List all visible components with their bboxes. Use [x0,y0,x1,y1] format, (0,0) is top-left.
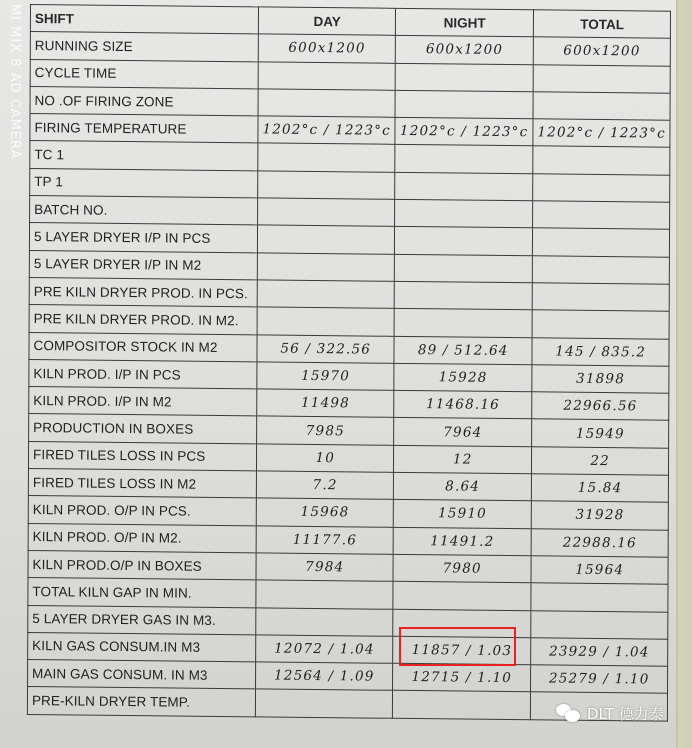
row-label: PRE KILN DRYER PROD. IN PCS. [29,277,257,307]
brand-watermark: DLT 德力泰 [556,703,664,724]
day-value [257,280,395,309]
day-value [258,61,396,90]
total-value [532,201,670,230]
total-value: 22966.56 [532,392,670,421]
total-value: 600x1200 [533,37,671,66]
total-value [533,146,671,175]
night-value [395,172,533,201]
total-value [532,283,670,312]
night-value [396,63,534,92]
total-value [532,310,670,339]
total-value: 145 / 835.2 [532,337,670,366]
row-label: KILN GAS CONSUM.IN M3 [28,632,256,662]
paper-sheet: SHIFT DAY NIGHT TOTAL RUNNING SIZE600x12… [0,0,676,748]
day-value: 7984 [256,553,394,582]
total-value [533,92,671,121]
row-label: PRE KILN DRYER PROD. IN M2. [29,305,257,335]
row-label: COMPOSITOR STOCK IN M2 [29,332,257,362]
day-value [258,89,396,118]
total-value: 15949 [532,419,670,448]
camera-watermark: MI MIX 8 AD CAMERA [8,4,21,160]
night-value: 8.64 [394,472,532,501]
row-label: TOTAL KILN GAP IN MIN. [28,578,256,608]
brand-watermark-text: DLT 德力泰 [587,703,664,724]
total-value: 1202°c / 1223°c [533,119,671,148]
day-value [255,689,393,718]
night-value: 7964 [394,418,532,447]
day-value: 600x1200 [258,34,396,63]
day-value [256,580,394,609]
row-label: PRE-KILN DRYER TEMP. [27,687,255,717]
night-value [395,254,533,283]
total-value: 23929 / 1.04 [531,638,669,667]
night-value [395,145,533,174]
total-value [532,228,670,257]
day-value [258,198,396,227]
night-value: 11491.2 [394,527,532,556]
table-body: RUNNING SIZE600x1200600x1200600x1200CYCL… [27,32,670,721]
night-value: 600x1200 [396,36,534,65]
row-label: 5 LAYER DRYER I/P IN M2 [29,250,257,280]
night-value: 12715 / 1.10 [393,663,531,692]
night-value: 1202°c / 1223°c [395,118,533,147]
row-label: MAIN GAS CONSUM. IN M3 [28,660,256,690]
total-value: 25279 / 1.10 [530,665,668,694]
row-label: KILN PROD. I/P IN M2 [29,387,257,417]
row-label: 5 LAYER DRYER I/P IN PCS [29,223,257,253]
header-night: NIGHT [396,8,534,37]
total-value: 22988.16 [531,528,669,557]
night-value: 15910 [394,500,532,529]
row-label: KILN PROD.O/P IN BOXES [28,550,256,580]
row-label: KILN PROD. I/P IN PCS [29,359,257,389]
day-value: 15968 [256,498,394,527]
night-value: 11468.16 [394,390,532,419]
header-day: DAY [258,7,396,36]
kiln-report-table: SHIFT DAY NIGHT TOTAL RUNNING SIZE600x12… [27,4,672,721]
day-value: 56 / 322.56 [257,334,395,363]
row-label: NO .OF FIRING ZONE [30,86,258,116]
row-label: PRODUCTION IN BOXES [29,414,257,444]
total-value: 15.84 [531,474,669,503]
row-label: KILN PROD. O/P IN M2. [28,523,256,553]
night-value [393,582,531,611]
night-value: 7980 [393,554,531,583]
day-value [256,607,394,636]
total-value: 31928 [531,501,669,530]
row-label: FIRED TILES LOSS IN M2 [28,469,256,499]
total-value: 31898 [532,365,670,394]
day-value: 7.2 [256,471,394,500]
row-label: CYCLE TIME [30,59,258,89]
total-value [531,583,669,612]
row-label: FIRED TILES LOSS IN PCS [28,441,256,471]
day-value [258,171,396,200]
total-value [533,64,671,93]
day-value: 12072 / 1.04 [256,635,394,664]
day-value [258,143,396,172]
night-value [395,199,533,228]
row-label: TC 1 [30,141,258,171]
night-value: 89 / 512.64 [394,336,532,365]
row-label: KILN PROD. O/P IN PCS. [28,496,256,526]
night-value [393,691,531,720]
night-value: 12 [394,445,532,474]
day-value: 10 [256,444,394,473]
header-shift: SHIFT [30,5,258,35]
row-label: 5 LAYER DRYER GAS IN M3. [28,605,256,635]
night-value [395,227,533,256]
day-value: 12564 / 1.09 [256,662,394,691]
day-value: 11498 [257,389,395,418]
row-label: FIRING TEMPERATURE [30,114,258,144]
wechat-icon [556,704,582,724]
header-total: TOTAL [533,10,671,39]
row-label: BATCH NO. [30,196,258,226]
day-value [257,253,395,282]
night-value [395,281,533,310]
row-label: TP 1 [30,168,258,198]
total-value [532,255,670,284]
day-value: 1202°c / 1223°c [258,116,396,145]
total-value: 15964 [531,556,669,585]
total-value [533,174,671,203]
night-value [395,309,533,338]
row-label: RUNNING SIZE [30,32,258,62]
total-value [531,610,669,639]
day-value: 15970 [257,362,395,391]
night-value [395,90,533,119]
day-value: 7985 [257,416,395,445]
day-value: 11177.6 [256,526,394,555]
total-value: 22 [531,447,669,476]
day-value [257,225,395,254]
highlight-annotation-box [399,627,516,666]
day-value [257,307,395,336]
night-value: 15928 [394,363,532,392]
